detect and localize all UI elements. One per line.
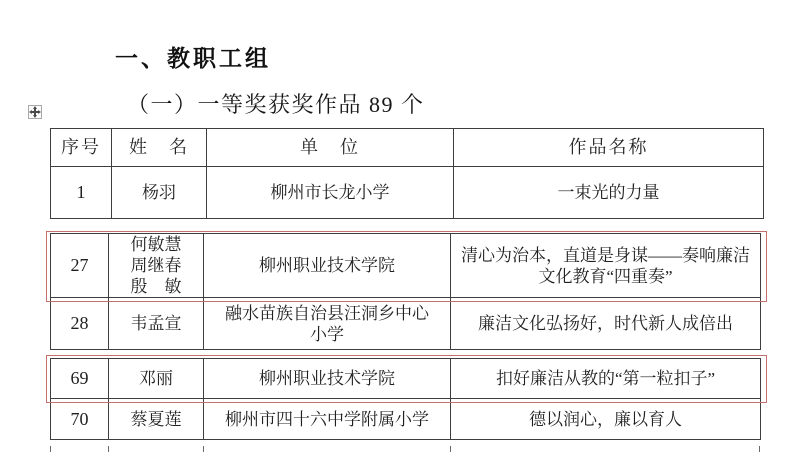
cell-name: 蔡夏莲	[109, 399, 204, 440]
cell-name: 韦孟宣	[109, 298, 204, 350]
move-arrow-left	[29, 110, 32, 114]
cell-work: 清心为治本，直道是身谋——奏响廉洁文化教育“四重奏”	[451, 234, 761, 298]
cell-name: 邓丽	[109, 359, 204, 399]
cell-name: 杨羽	[112, 167, 207, 219]
header-work: 作品名称	[454, 129, 764, 167]
table-row: 27 何敏慧 周继春 殷 敏 柳州职业技术学院 清心为治本，直道是身谋——奏响廉…	[51, 234, 761, 298]
document-page: 一、教职工组 （一）一等奖获奖作品 89 个 序号 姓 名 单 位 作品名称 1…	[0, 0, 803, 461]
header-name: 姓 名	[112, 129, 207, 167]
cell-unit: 柳州职业技术学院	[204, 234, 451, 298]
awards-table-segment-top: 序号 姓 名 单 位 作品名称 1 杨羽 柳州市长龙小学 一束光的力量	[50, 128, 764, 219]
header-no: 序号	[51, 129, 112, 167]
table-move-handle-icon[interactable]	[28, 105, 42, 119]
cell-no: 70	[51, 399, 109, 440]
cell-unit: 融水苗族自治县汪洞乡中心小学	[204, 298, 451, 350]
cell-work: 廉洁文化弘扬好，时代新人成倍出	[451, 298, 761, 350]
cell-name: 何敏慧 周继春 殷 敏	[109, 234, 204, 298]
stub-cell	[108, 446, 203, 452]
table-header-row: 序号 姓 名 单 位 作品名称	[51, 129, 764, 167]
cell-work: 扣好廉洁从教的“第一粒扣子”	[451, 359, 761, 399]
table-row: 70 蔡夏莲 柳州市四十六中学附属小学 德以润心，廉以育人	[51, 399, 761, 440]
awards-table-segment-bottom: 69 邓丽 柳州职业技术学院 扣好廉洁从教的“第一粒扣子” 70 蔡夏莲 柳州市…	[50, 358, 761, 440]
cell-no: 27	[51, 234, 109, 298]
cell-work: 一束光的力量	[454, 167, 764, 219]
stub-cell	[450, 446, 760, 452]
cell-no: 1	[51, 167, 112, 219]
cell-no: 69	[51, 359, 109, 399]
next-row-border-stub	[50, 446, 760, 452]
stub-cell	[50, 446, 108, 452]
table-row: 69 邓丽 柳州职业技术学院 扣好廉洁从教的“第一粒扣子”	[51, 359, 761, 399]
move-arrow-right	[38, 110, 41, 114]
cell-no: 28	[51, 298, 109, 350]
table-row: 1 杨羽 柳州市长龙小学 一束光的力量	[51, 167, 764, 219]
cell-unit: 柳州市长龙小学	[207, 167, 454, 219]
awards-table-segment-middle: 27 何敏慧 周继春 殷 敏 柳州职业技术学院 清心为治本，直道是身谋——奏响廉…	[50, 233, 761, 350]
cell-work: 德以润心，廉以育人	[451, 399, 761, 440]
header-unit: 单 位	[207, 129, 454, 167]
section-title: 一、教职工组	[115, 40, 271, 73]
table-row: 28 韦孟宣 融水苗族自治县汪洞乡中心小学 廉洁文化弘扬好，时代新人成倍出	[51, 298, 761, 350]
move-arrow-up	[33, 106, 37, 109]
move-arrow-down	[33, 115, 37, 118]
cell-unit: 柳州市四十六中学附属小学	[204, 399, 451, 440]
subsection-title: （一）一等奖获奖作品 89 个	[127, 88, 425, 119]
stub-cell	[203, 446, 450, 452]
cell-unit: 柳州职业技术学院	[204, 359, 451, 399]
